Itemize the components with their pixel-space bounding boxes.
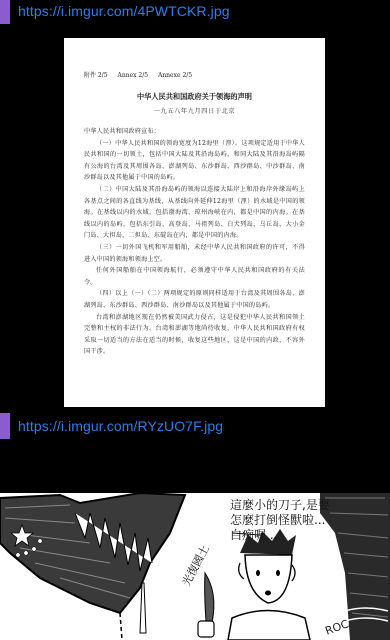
image-link-1[interactable]: https://i.imgur.com/4PWTCKR.jpg — [18, 3, 230, 19]
document-paragraph: （一）中华人民共和国的领海宽度为12海里（浬）。这项规定适用于中华人民共和国的一… — [84, 138, 305, 184]
document-intro: 中华人民共和国政府宣布： — [84, 126, 305, 138]
document-title: 中华人民共和国政府关于领海的声明 — [84, 92, 305, 102]
tree-icon — [320, 493, 390, 640]
document-paragraph: 台湾和澎湖地区现在仍然被美国武力侵占，这是侵犯中华人民共和国领土完整和主权的非法… — [84, 312, 305, 358]
document-paragraph: （二）中国大陆及其沿海岛屿的领海以连接大陆岸上和沿海岸外缘岛屿上各基点之间的各直… — [84, 184, 305, 242]
image-link-2[interactable]: https://i.imgur.com/RYzUO7F.jpg — [18, 418, 223, 434]
link-row-1: https://i.imgur.com/4PWTCKR.jpg — [0, 0, 230, 24]
character-icon — [198, 529, 310, 640]
document-date: 一九五八年九月四日于北京 — [84, 106, 305, 115]
quote-accent-bar — [0, 413, 10, 439]
annex-fr: Annexe 2/5 — [158, 72, 192, 79]
comic-image[interactable]: 這麼小的刀子,是要怎麼打倒怪獸啦...白痴喔... 光復國土 ROC — [0, 493, 390, 640]
speech-bubble-text: 這麼小的刀子,是要怎麼打倒怪獸啦...白痴喔... — [230, 498, 330, 543]
annex-label: 附件 2/5 Annex 2/5 Annexe 2/5 — [84, 70, 305, 79]
document-paragraph: （三）一切外国飞机和军用船舶，未经中华人民共和国政府的许可，不得进入中国的领海和… — [84, 242, 305, 265]
annex-zh: 附件 2/5 — [84, 72, 108, 79]
monster-icon — [0, 493, 185, 640]
link-row-2: https://i.imgur.com/RYzUO7F.jpg — [0, 413, 223, 439]
document-image[interactable]: 附件 2/5 Annex 2/5 Annexe 2/5 中华人民共和国政府关于领… — [64, 38, 325, 407]
quote-accent-bar — [0, 0, 10, 24]
document-paragraph: 任何外国船舶在中国领海航行，必须遵守中华人民共和国政府的有关法令。 — [84, 265, 305, 288]
annex-en: Annex 2/5 — [118, 72, 149, 79]
document-paragraph: （四）以上（一）（二）两项规定的原则同样适用于台湾及其周围各岛、澎湖列岛、东沙群… — [84, 288, 305, 311]
